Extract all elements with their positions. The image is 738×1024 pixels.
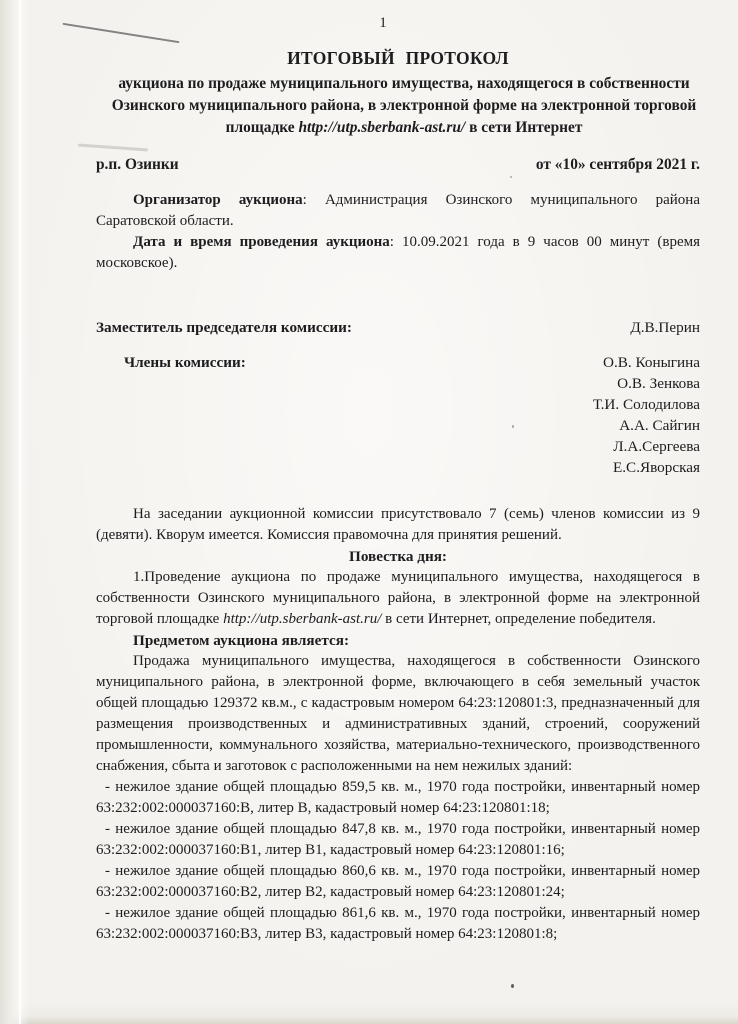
building-item: - нежилое здание общей площадью 860,6 кв… bbox=[96, 861, 700, 903]
member-name: Т.И. Солодилова bbox=[593, 394, 700, 415]
document-subtitle: аукциона по продаже муниципального имуще… bbox=[96, 73, 712, 139]
subject-heading: Предметом аукциона является: bbox=[96, 630, 700, 651]
subtitle-tail: в сети Интернет bbox=[465, 119, 582, 136]
agenda-heading: Повестка дня: bbox=[96, 546, 700, 567]
building-item: - нежилое здание общей площадью 859,5 кв… bbox=[96, 777, 700, 819]
agenda-item-tail: в сети Интернет, определение победителя. bbox=[381, 611, 655, 627]
member-name: А.А. Сайгин bbox=[593, 415, 700, 436]
deputy-chairman-name: Д.В.Перин bbox=[630, 317, 700, 338]
member-name: Л.А.Сергеева bbox=[593, 436, 700, 457]
place-label: р.п. Озинки bbox=[96, 154, 179, 175]
page-number: 1 bbox=[96, 14, 670, 32]
datetime-label: Дата и время проведения аукциона bbox=[133, 234, 390, 250]
member-name: Е.С.Яворская bbox=[593, 457, 700, 478]
datetime-paragraph: Дата и время проведения аукциона: 10.09.… bbox=[96, 232, 700, 274]
members-list: О.В. Коныгина О.В. Зенкова Т.И. Солодило… bbox=[593, 352, 700, 478]
document-title: ИТОГОВЫЙ ПРОТОКОЛ bbox=[96, 47, 700, 70]
quorum-paragraph: На заседании аукционной комиссии присутс… bbox=[96, 504, 700, 546]
place-date-row: р.п. Озинки от «10» сентября 2021 г. bbox=[96, 154, 700, 175]
document-page: 1 ИТОГОВЫЙ ПРОТОКОЛ аукциона по продаже … bbox=[0, 0, 738, 1024]
agenda-item-url: http://utp.sberbank-ast.ru/ bbox=[223, 611, 381, 627]
members-label: Члены комиссии: bbox=[96, 352, 246, 373]
member-name: О.В. Коныгина bbox=[593, 352, 700, 373]
organizer-label: Организатор аукциона bbox=[133, 192, 303, 208]
commission-members-row: Члены комиссии: О.В. Коныгина О.В. Зенко… bbox=[96, 352, 700, 478]
organizer-paragraph: Организатор аукциона: Администрация Озин… bbox=[96, 190, 700, 232]
building-item: - нежилое здание общей площадью 861,6 кв… bbox=[96, 903, 700, 945]
agenda-item-paragraph: 1.Проведение аукциона по продаже муницип… bbox=[96, 567, 700, 630]
date-label: от «10» сентября 2021 г. bbox=[536, 154, 700, 175]
deputy-chairman-row: Заместитель председателя комиссии: Д.В.П… bbox=[96, 317, 700, 338]
deputy-chairman-label: Заместитель председателя комиссии: bbox=[96, 317, 352, 338]
subtitle-url: http://utp.sberbank-ast.ru/ bbox=[298, 119, 465, 136]
subject-description-paragraph: Продажа муниципального имущества, находя… bbox=[96, 651, 700, 777]
building-item: - нежилое здание общей площадью 847,8 кв… bbox=[96, 819, 700, 861]
member-name: О.В. Зенкова bbox=[593, 373, 700, 394]
